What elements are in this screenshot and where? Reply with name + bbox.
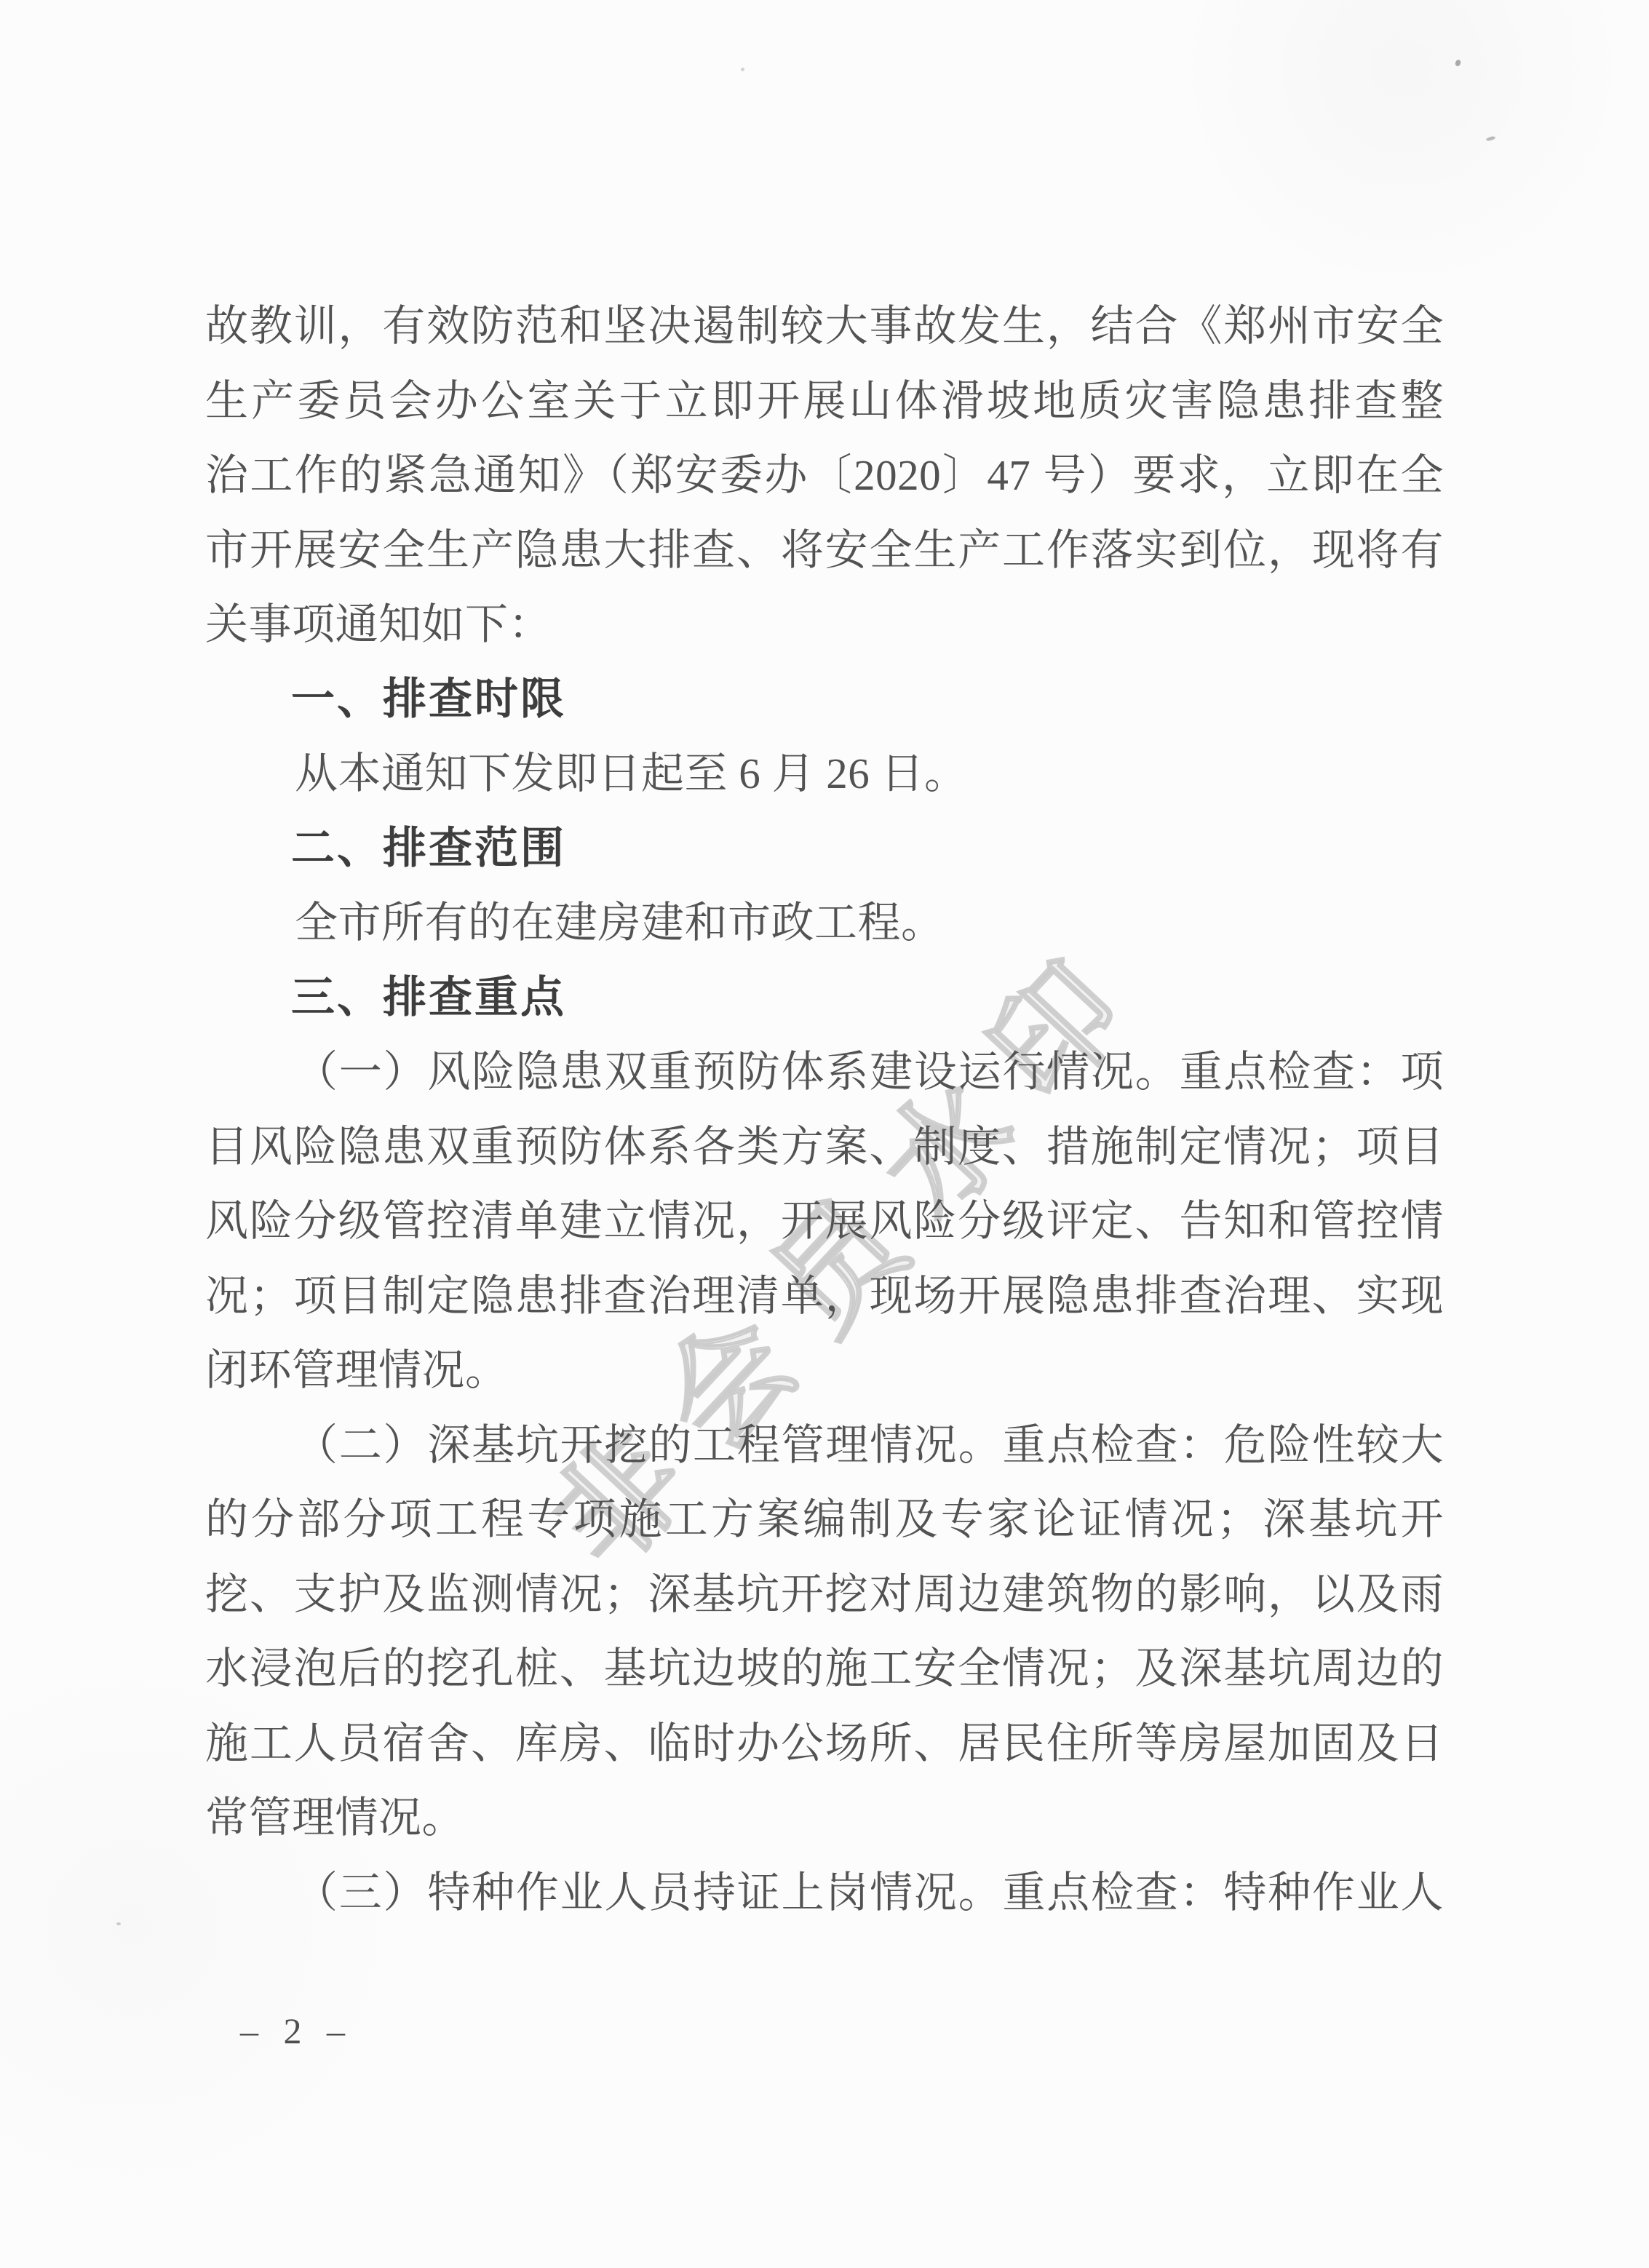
- scan-speck: [741, 68, 744, 71]
- text-line-7: 从本通知下发即日起至 6 月 26 日。: [205, 736, 1444, 811]
- document-body: 故教训，有效防范和坚决遏制较大事故发生，结合《郑州市安全生产委员会办公室关于立即…: [205, 289, 1444, 1930]
- scan-speck: [1455, 59, 1462, 67]
- text-line-22: （三）特种作业人员持证上岗情况。重点检查：特种作业人: [205, 1855, 1444, 1930]
- text-line-9: 全市所有的在建房建和市政工程。: [205, 886, 1444, 960]
- page-number: – 2 –: [240, 2010, 348, 2052]
- text-line-13: 风险分级管控清单建立情况，开展风险分级评定、告知和管控情: [205, 1184, 1444, 1259]
- text-line-1: 故教训，有效防范和坚决遏制较大事故发生，结合《郑州市安全: [205, 289, 1444, 364]
- text-line-16: （二）深基坑开挖的工程管理情况。重点检查：危险性较大: [205, 1408, 1444, 1483]
- text-line-4: 市开展安全生产隐患大排查、将安全生产工作落实到位，现将有: [205, 513, 1444, 588]
- text-line-5: 关事项通知如下：: [205, 587, 1444, 662]
- text-line-8: 二、排查范围: [205, 811, 1444, 886]
- document-page: 非会员水印 故教训，有效防范和坚决遏制较大事故发生，结合《郑州市安全生产委员会办…: [0, 0, 1649, 2268]
- text-line-19: 水浸泡后的挖孔桩、基坑边坡的施工安全情况；及深基坑周边的: [205, 1631, 1444, 1706]
- text-line-2: 生产委员会办公室关于立即开展山体滑坡地质灾害隐患排查整: [205, 364, 1444, 439]
- scan-speck: [116, 1922, 121, 1925]
- scan-speck: [1486, 135, 1496, 141]
- text-line-20: 施工人员宿舍、库房、临时办公场所、居民住所等房屋加固及日: [205, 1706, 1444, 1781]
- text-line-3: 治工作的紧急通知》（郑安委办〔2020〕47 号）要求，立即在全: [205, 438, 1444, 513]
- text-line-15: 闭环管理情况。: [205, 1333, 1444, 1408]
- text-line-11: （一）风险隐患双重预防体系建设运行情况。重点检查：项: [205, 1035, 1444, 1110]
- text-line-18: 挖、支护及监测情况；深基坑开挖对周边建筑物的影响，以及雨: [205, 1557, 1444, 1632]
- text-line-6: 一、排查时限: [205, 662, 1444, 737]
- text-line-14: 况；项目制定隐患排查治理清单，现场开展隐患排查治理、实现: [205, 1259, 1444, 1334]
- scan-speck: [311, 1302, 318, 1306]
- text-line-12: 目风险隐患双重预防体系各类方案、制度、措施制定情况；项目: [205, 1110, 1444, 1185]
- text-line-10: 三、排查重点: [205, 960, 1444, 1035]
- text-line-17: 的分部分项工程专项施工方案编制及专家论证情况；深基坑开: [205, 1482, 1444, 1557]
- text-line-21: 常管理情况。: [205, 1780, 1444, 1855]
